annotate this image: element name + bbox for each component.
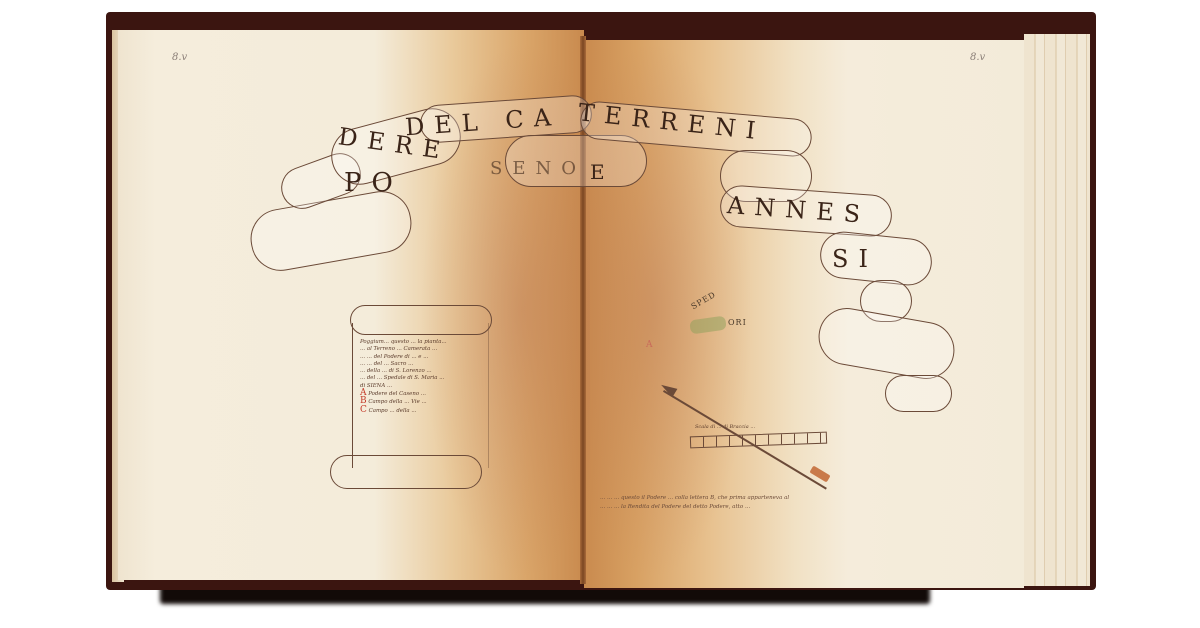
folio-number-left: 8.v [172,52,187,63]
legend-item: A Podere del Caseno ... [360,390,485,398]
title-word: SENO [490,158,586,179]
legend-item: B Campo della ... Vie ... [360,398,485,406]
map-label: ORI [728,318,747,327]
legend-item: C Campo ... della ... [360,407,485,415]
manuscript-photo: 8.v 8.v PO DERE DEL CA SENO E TERRENI AN… [0,0,1200,628]
legend-cartouche: Poggium... questo ... la pianta... ... a… [330,305,490,490]
map-note: ... ... ... questo il Podere ... colla l… [600,494,900,512]
title-word: PO [344,168,403,198]
scroll-roll-bottom [330,455,482,489]
legend-text: Poggium... questo ... la pianta... ... a… [360,339,485,415]
folio-number-right: 8.v [970,52,985,63]
map-marker: A [646,340,653,350]
right-page-edges [1024,34,1090,586]
title-word: SI [832,245,878,273]
ribbon-segment [885,375,952,412]
title-word: E [590,160,615,184]
